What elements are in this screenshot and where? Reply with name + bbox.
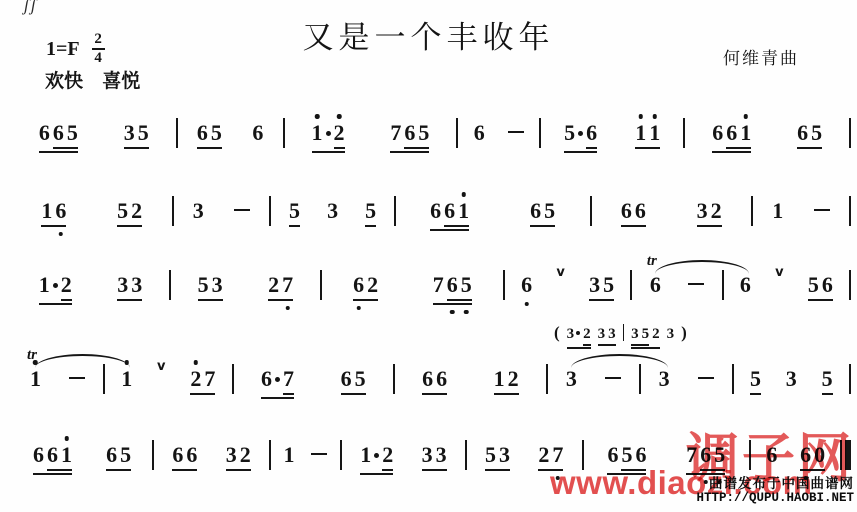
augmentation-dot [53, 283, 58, 288]
beam-group: 12 [312, 122, 345, 153]
note-digit: 1 [649, 122, 660, 144]
note: tr1 [30, 368, 41, 390]
note-digit: 6 [521, 274, 532, 296]
note: 3 [631, 327, 639, 342]
augmentation-dot [576, 331, 580, 335]
beam-group: 352 [631, 327, 660, 349]
note-digit: 3 [117, 274, 128, 296]
barline [639, 364, 641, 394]
note-digit: 6 [106, 444, 117, 466]
measure: 1v27 [105, 368, 232, 395]
note: 6 [822, 274, 833, 296]
note: 1 [740, 122, 751, 144]
note: 5 [642, 327, 650, 342]
note: 7 [283, 368, 294, 390]
note: 2 [652, 327, 660, 342]
note-digit: 6 [341, 368, 352, 390]
beam-group: 6 [586, 122, 597, 149]
note: 6 [341, 368, 352, 390]
beam-group: 16 [41, 200, 66, 227]
note: 5 [289, 200, 300, 222]
note-digit: 2 [61, 274, 72, 296]
barline [456, 118, 458, 148]
note: 6 [474, 122, 485, 144]
note: 5 [211, 122, 222, 144]
duration-dash [508, 131, 524, 134]
note-digit: 5 [67, 122, 78, 144]
measure: 6v56 [724, 274, 849, 301]
barline [849, 270, 851, 300]
note-digit: 6 [635, 200, 646, 222]
note-digit: 6 [447, 274, 458, 296]
beam-group: 12 [360, 444, 393, 475]
barline [232, 364, 234, 394]
note: 3 [436, 444, 447, 466]
beam-group: 33 [598, 327, 616, 346]
note-digit: 6 [607, 444, 618, 466]
note: 6 [430, 200, 441, 222]
note: 3 [226, 444, 237, 466]
barline [269, 196, 271, 226]
breath-mark-icon: v [556, 265, 564, 280]
note: 6 [172, 444, 183, 466]
note-digit: 1 [740, 122, 751, 144]
note-digit: 2 [652, 327, 660, 342]
note-digit: 5 [117, 200, 128, 222]
note: 3 [786, 368, 797, 390]
beam-group: 66 [172, 444, 197, 471]
beam-group: 5 [365, 200, 376, 227]
note-digit: 3 [631, 327, 639, 342]
note-digit: 7 [282, 274, 293, 296]
barline [546, 364, 548, 394]
note-digit: 6 [740, 274, 751, 296]
note-digit: 3 [131, 274, 142, 296]
note-digit: 6 [797, 122, 808, 144]
note: 1 [360, 444, 379, 466]
beam-group: 56 [564, 122, 597, 153]
beam-group: 56 [808, 274, 833, 301]
note: 2 [538, 444, 549, 466]
note: 3 [499, 444, 510, 466]
note: 2 [240, 444, 251, 466]
beam-group: 5 [750, 368, 761, 395]
beam-group: 765 [433, 274, 472, 305]
augmentation-dot [374, 453, 379, 458]
note: 2 [367, 274, 378, 296]
note: 3 [659, 368, 670, 390]
note: 1 [121, 368, 132, 390]
note-digit: 3 [697, 200, 708, 222]
barline [169, 270, 171, 300]
measure: 6v35 [505, 274, 630, 301]
note-digit: 6 [353, 274, 364, 296]
tempo-mood-label: 欢快 喜悦 [45, 66, 140, 93]
note-digit: 5 [564, 122, 575, 144]
note: 1 [458, 200, 469, 222]
note-digit: 2 [382, 444, 393, 466]
note-digit: 5 [808, 274, 819, 296]
note-digit: 2 [508, 368, 519, 390]
note: 5 [603, 274, 614, 296]
note: 7 [204, 368, 215, 390]
note: 6 [530, 200, 541, 222]
duration-dash [311, 453, 327, 456]
note: 5 [117, 200, 128, 222]
beam-group: 32 [226, 444, 251, 471]
note-digit: 6 [650, 274, 661, 296]
note: 2 [382, 444, 393, 466]
measure: tr6 [632, 274, 722, 296]
barline [722, 270, 724, 300]
measure: 5611 [541, 122, 683, 153]
note-digit: 3 [436, 444, 447, 466]
note-digit: 5 [211, 122, 222, 144]
note: 5 [138, 122, 149, 144]
note-digit: 5 [544, 200, 555, 222]
note: 5 [365, 200, 376, 222]
note-digit: 5 [603, 274, 614, 296]
note: 6 [53, 122, 64, 144]
beam-group: 661 [33, 444, 72, 475]
note-digit: 6 [55, 200, 66, 222]
note-digit: 2 [583, 327, 591, 342]
note: 6 [197, 122, 208, 144]
note: 2 [583, 327, 591, 342]
beam-group: 62 [353, 274, 378, 301]
note-digit: 1 [360, 444, 371, 466]
watermark-caption-text: 曲谱发布于中国曲谱网 [696, 477, 854, 491]
note-digit: 1 [41, 200, 52, 222]
note: 2 [190, 368, 201, 390]
note: 5 [198, 274, 209, 296]
note-digit: 6 [712, 122, 723, 144]
note-digit: 6 [822, 274, 833, 296]
beam-group: 65 [197, 122, 222, 149]
note: 3 [697, 200, 708, 222]
note: 6 [404, 122, 415, 144]
note: 6 [252, 122, 263, 144]
barline [590, 196, 592, 226]
beam-group: 27 [190, 368, 215, 395]
measure: 6632 [154, 444, 269, 471]
beam-group: 5 [289, 200, 300, 227]
trill-mark: tr [647, 253, 657, 270]
beam-group: 65 [530, 200, 555, 227]
note-digit: 6 [422, 368, 433, 390]
slur-arc [655, 260, 749, 274]
measure: 62765 [322, 274, 503, 305]
barline [732, 364, 734, 394]
note-digit: 5 [198, 274, 209, 296]
note-digit: 5 [355, 368, 366, 390]
beam-group: 27 [268, 274, 293, 301]
note: 3 [598, 327, 606, 342]
note-digit: 6 [635, 444, 646, 466]
note: 6 [353, 274, 364, 296]
note: 2 [131, 200, 142, 222]
note: 2 [268, 274, 279, 296]
note: 7 [282, 274, 293, 296]
measure: 6632 [592, 200, 752, 227]
note: 3 [212, 274, 223, 296]
barline [103, 364, 105, 394]
measure: 535 [734, 368, 849, 395]
note-digit: 6 [172, 444, 183, 466]
note: 6 [726, 122, 737, 144]
note-digit: 5 [750, 368, 761, 390]
note-digit: 3 [422, 444, 433, 466]
note: 3 [131, 274, 142, 296]
note: 5 [461, 274, 472, 296]
note: 6 [712, 122, 723, 144]
note-digit: 6 [430, 200, 441, 222]
note-digit: 5 [642, 327, 650, 342]
note-digit: 3 [659, 368, 670, 390]
note-digit: 7 [204, 368, 215, 390]
note-digit: 6 [39, 122, 50, 144]
note: 3 [422, 444, 433, 466]
beam-group: 52 [117, 200, 142, 227]
measure: 1652 [12, 200, 172, 227]
note: 6 [521, 274, 532, 296]
beam-group: 61 [444, 200, 469, 227]
note-digit: 2 [240, 444, 251, 466]
barline [172, 196, 174, 226]
note-digit: 3 [566, 368, 577, 390]
beam-group: 65 [404, 122, 429, 149]
note-digit: 3 [226, 444, 237, 466]
barline [683, 118, 685, 148]
note-digit: 3 [193, 200, 204, 222]
note-digit: 6 [474, 122, 485, 144]
augmentation-dot [578, 131, 583, 136]
note: 3 [566, 368, 577, 390]
note: 6 [621, 200, 632, 222]
note-digit: 1 [312, 122, 323, 144]
note: 1 [283, 444, 294, 466]
measure: 535 [271, 200, 393, 227]
beam-group: 2 [334, 122, 345, 149]
note: 1 [39, 274, 58, 296]
note: 5 [485, 444, 496, 466]
measure: 6765 [234, 368, 393, 399]
slur-arc [571, 354, 668, 368]
slur-arc [35, 354, 130, 368]
barline [503, 270, 505, 300]
note-digit: 6 [261, 368, 272, 390]
note: 3 [193, 200, 204, 222]
note: 1 [635, 122, 646, 144]
beam-group: 7 [283, 368, 294, 395]
note: 6 [740, 274, 751, 296]
measure: 12765 [285, 122, 457, 153]
beam-group: 2 [382, 444, 393, 471]
note: 6 [586, 122, 597, 144]
note-digit: 3 [589, 274, 600, 296]
parenthesis: ( [554, 323, 560, 343]
note-digit: 7 [433, 274, 444, 296]
note: 6 [444, 200, 455, 222]
barline [630, 270, 632, 300]
beam-group: 65 [341, 368, 366, 395]
measure: 5327 [171, 274, 320, 301]
note-digit: 3 [327, 200, 338, 222]
note-digit: 5 [418, 122, 429, 144]
note-digit: 3 [608, 327, 616, 342]
barline [539, 118, 541, 148]
score-line-4: tr11v276765661233535(32333523) [12, 356, 851, 399]
beam-group: 66 [621, 200, 646, 227]
note-digit: 7 [390, 122, 401, 144]
beam-group: 32 [567, 327, 591, 349]
beam-group: 661 [430, 200, 469, 231]
measure: 66165 [396, 200, 590, 231]
note-digit: 3 [499, 444, 510, 466]
duration-dash [688, 283, 704, 286]
note-digit: 6 [53, 122, 64, 144]
note: 6 [635, 200, 646, 222]
note-digit: 2 [334, 122, 345, 144]
measure: 66165 [685, 122, 849, 153]
note-digit: 6 [252, 122, 263, 144]
note-digit: 5 [461, 274, 472, 296]
barline [340, 440, 342, 470]
duration-dash [605, 377, 621, 380]
note-digit: 1 [121, 368, 132, 390]
watermark-caption: 曲谱发布于中国曲谱网 HTTP://QUPU.HAOBI.NET [696, 477, 854, 505]
note: 5 [418, 122, 429, 144]
composer-credit: 何维青曲 [723, 44, 799, 69]
note-digit: 3 [212, 274, 223, 296]
barline [849, 118, 851, 148]
measure: 1 [271, 444, 340, 466]
note: 3 [608, 327, 616, 342]
note-digit: 6 [197, 122, 208, 144]
note: 3 [327, 200, 338, 222]
measure: 3 [174, 200, 270, 222]
note-digit: 1 [61, 444, 72, 466]
note: 6 [422, 368, 433, 390]
beam-group: 65 [53, 122, 78, 149]
note-digit: 2 [268, 274, 279, 296]
measure: 1233 [12, 274, 169, 305]
note-digit: 3 [567, 327, 575, 342]
barline [849, 364, 851, 394]
barline [393, 364, 395, 394]
note: 5 [621, 444, 632, 466]
note-digit: 6 [444, 200, 455, 222]
parenthesis: ) [681, 323, 687, 343]
mini-barline [623, 324, 625, 341]
note: 6 [186, 444, 197, 466]
note: 1 [41, 200, 52, 222]
note: 5 [67, 122, 78, 144]
note: 5 [822, 368, 833, 390]
note: 5 [355, 368, 366, 390]
note: 1 [312, 122, 331, 144]
breath-mark-icon: v [157, 359, 165, 374]
barline [152, 440, 154, 470]
note: 1 [61, 444, 72, 466]
barline [394, 196, 396, 226]
note: 5 [811, 122, 822, 144]
duration-dash [69, 377, 85, 380]
note-digit: 6 [404, 122, 415, 144]
note-digit: 1 [39, 274, 50, 296]
measure: 6612 [395, 368, 546, 395]
beam-group: 765 [390, 122, 429, 153]
note-digit: 1 [283, 444, 294, 466]
note-digit: 5 [822, 368, 833, 390]
barline [465, 440, 467, 470]
beam-group: 35 [631, 327, 649, 346]
note-digit: 5 [621, 444, 632, 466]
duration-dash [234, 209, 250, 212]
note-digit: 6 [530, 200, 541, 222]
note: 5 [120, 444, 131, 466]
note: 7 [552, 444, 563, 466]
note: 7 [390, 122, 401, 144]
note-digit: 7 [283, 368, 294, 390]
note: 6 [436, 368, 447, 390]
note: 1 [649, 122, 660, 144]
note-digit: 3 [598, 327, 606, 342]
note-digit: 2 [538, 444, 549, 466]
note: 3 [667, 327, 675, 342]
augmentation-dot [326, 131, 331, 136]
beam-group: 35 [589, 274, 614, 301]
beam-group: 33 [117, 274, 142, 301]
barline [751, 196, 753, 226]
beam-group: 11 [635, 122, 660, 149]
note-digit: 5 [811, 122, 822, 144]
note-digit: 5 [120, 444, 131, 466]
note: 2 [508, 368, 519, 390]
note-digit: 6 [621, 200, 632, 222]
measure: 66165 [12, 444, 152, 475]
note: 2 [334, 122, 345, 144]
note: 3 [124, 122, 135, 144]
note-digit: 5 [365, 200, 376, 222]
note: 6 [797, 122, 808, 144]
note: 5 [564, 122, 583, 144]
note: 6 [39, 122, 50, 144]
beam-group: 67 [261, 368, 294, 399]
note-digit: 2 [131, 200, 142, 222]
beam-group: 61 [47, 444, 72, 471]
note-digit: 3 [786, 368, 797, 390]
measure: 66535 [12, 122, 176, 153]
note-digit: 1 [772, 200, 783, 222]
measure: 656 [178, 122, 283, 149]
note: 6 [635, 444, 646, 466]
note: 6 [55, 200, 66, 222]
score-line-3: 12335327627656v35tr66v56 [12, 262, 851, 305]
beam-group: 65 [447, 274, 472, 301]
note-digit: 6 [33, 444, 44, 466]
note-digit: 6 [47, 444, 58, 466]
note: 5 [750, 368, 761, 390]
beam-group: 53 [198, 274, 223, 301]
note-digit: 2 [190, 368, 201, 390]
note: 1 [772, 200, 783, 222]
note-digit: 5 [289, 200, 300, 222]
note-digit: 7 [552, 444, 563, 466]
score-line-1: 66535656127656561166165 [12, 110, 851, 153]
note: 5 [808, 274, 819, 296]
barline [320, 270, 322, 300]
